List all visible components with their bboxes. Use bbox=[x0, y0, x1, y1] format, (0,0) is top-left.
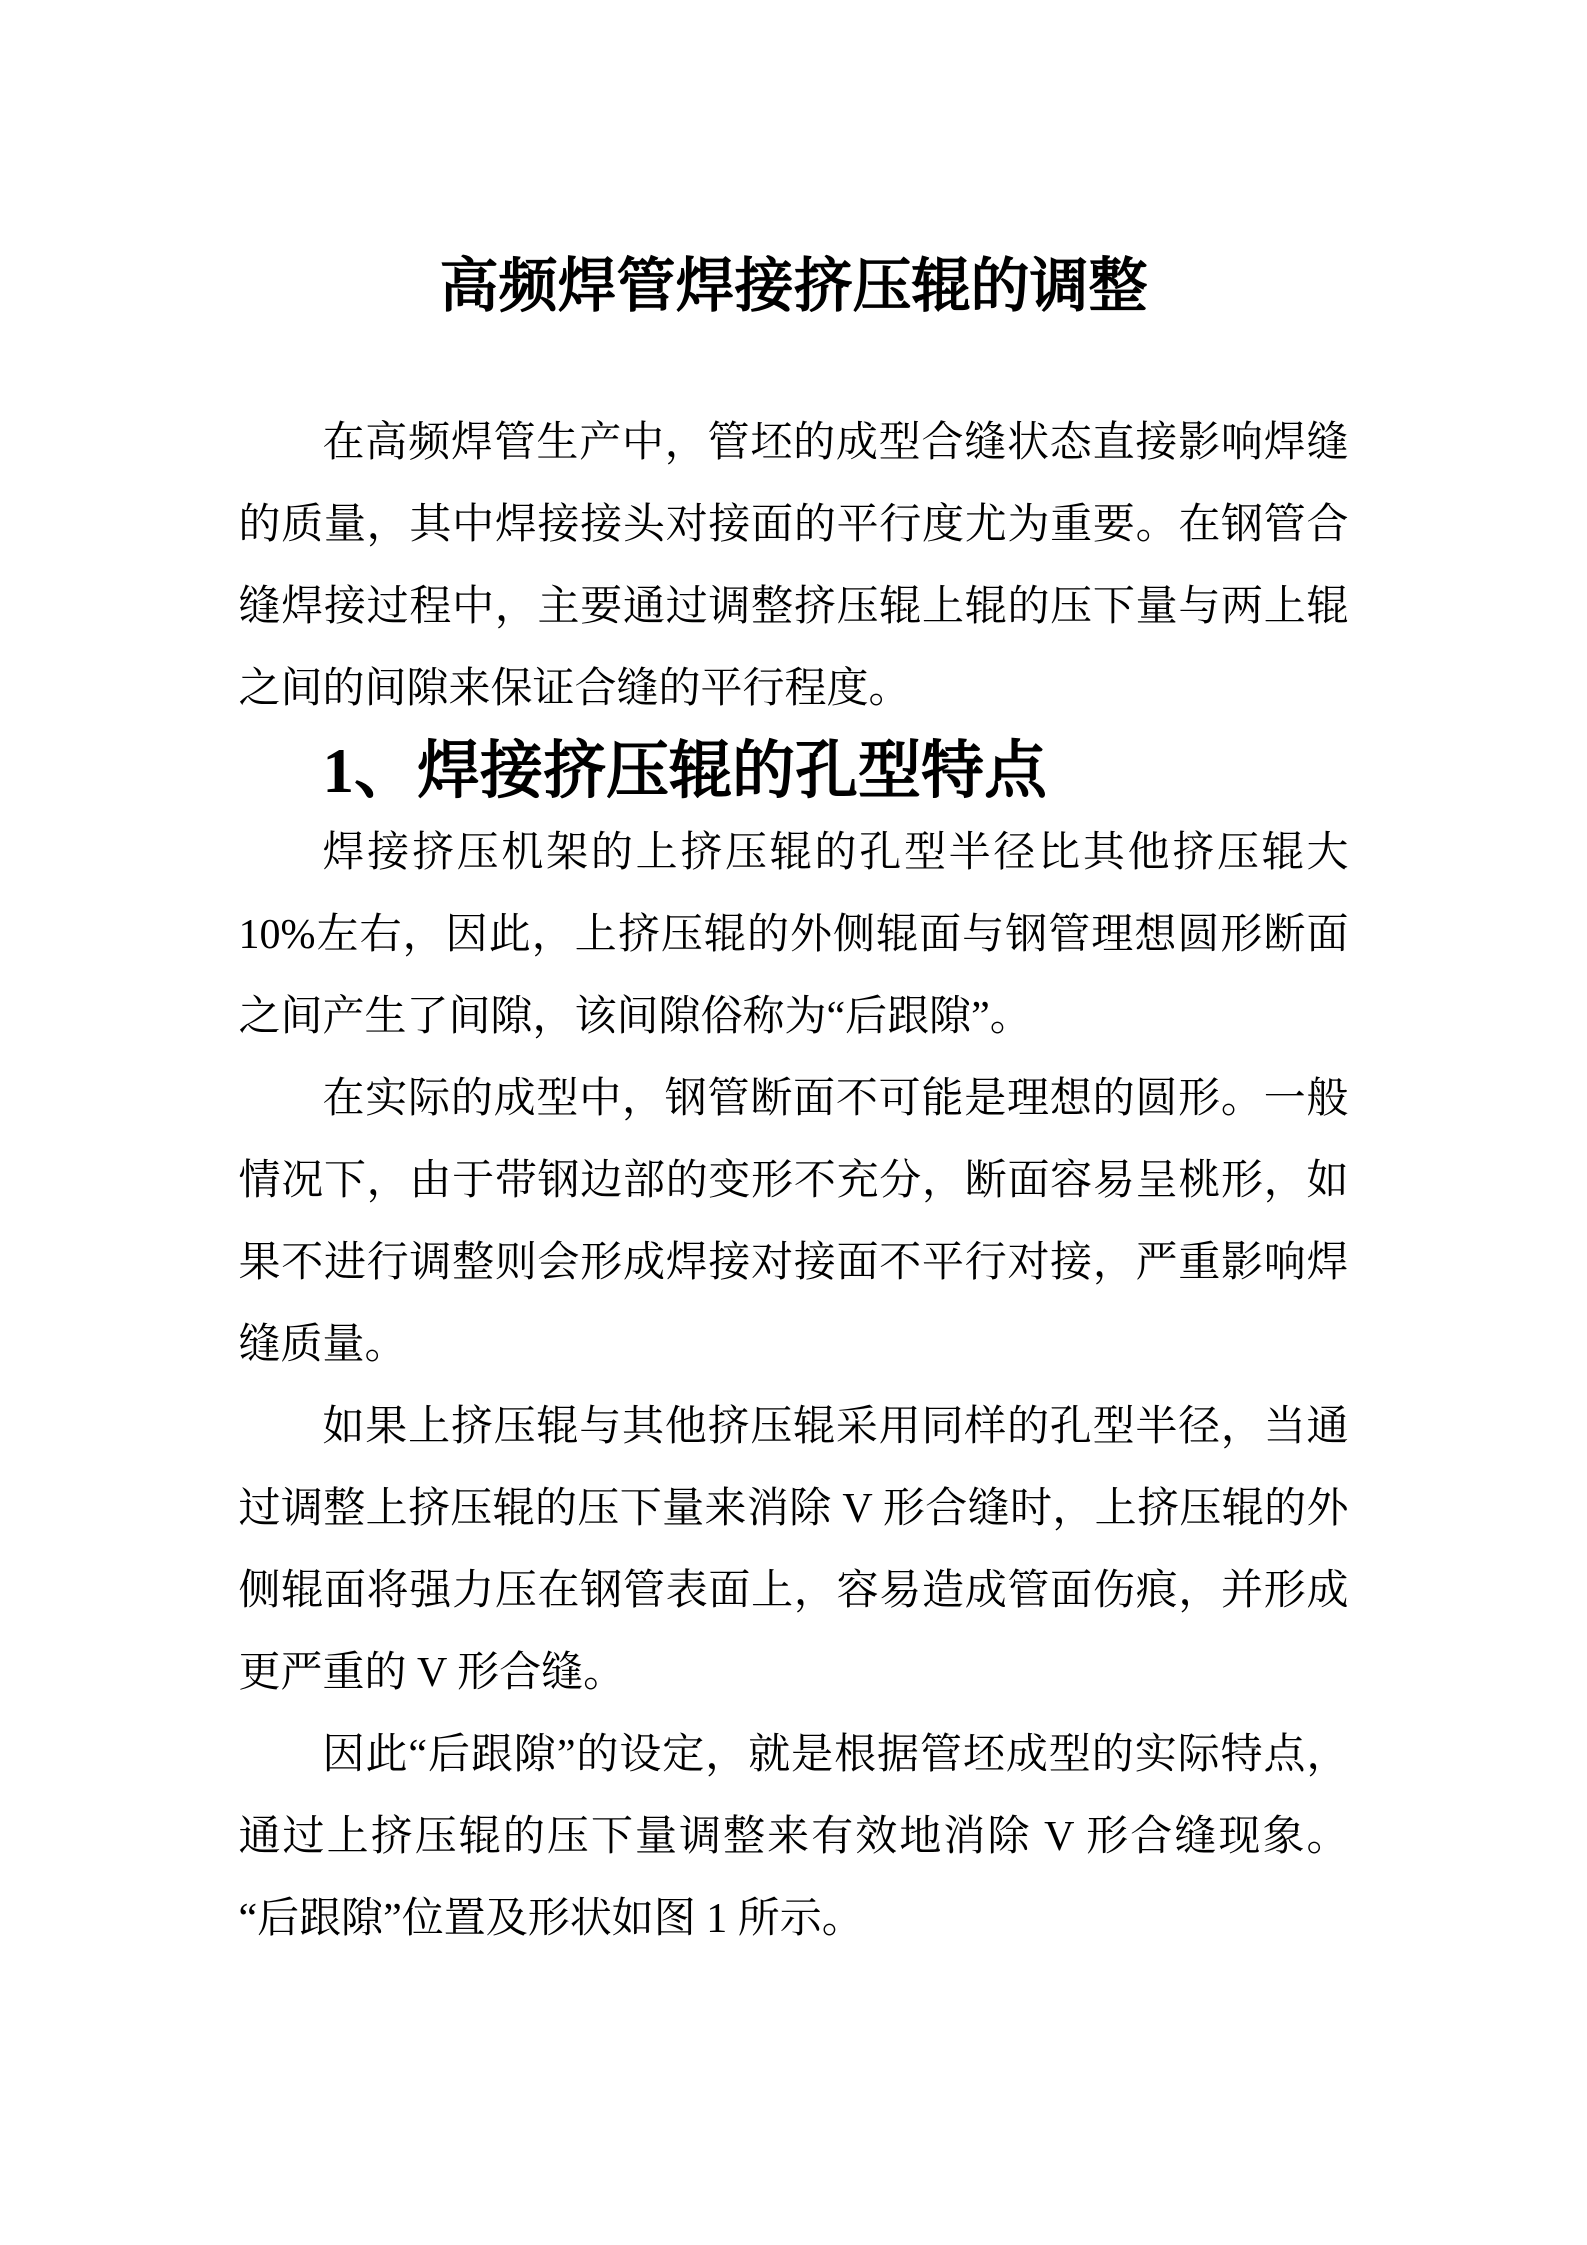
text-line: 之间的间隙来保证合缝的平行程度。 bbox=[239, 648, 1349, 730]
paragraph-4: 如果上挤压辊与其他挤压辊采用同样的孔型半径，当通 过调整上挤压辊的压下量来消除 … bbox=[239, 1386, 1349, 1714]
paragraph-3: 在实际的成型中，钢管断面不可能是理想的圆形。一般 情况下，由于带钢边部的变形不充… bbox=[239, 1058, 1349, 1386]
text-line: 缝质量。 bbox=[239, 1304, 1349, 1386]
paragraph-2: 焊接挤压机架的上挤压辊的孔型半径比其他挤压辊大 10%左右，因此，上挤压辊的外侧… bbox=[239, 812, 1349, 1058]
text-line: 侧辊面将强力压在钢管表面上，容易造成管面伤痕，并形成 bbox=[239, 1550, 1349, 1632]
document-content: 高频焊管焊接挤压辊的调整 在高频焊管生产中，管坯的成型合缝状态直接影响焊缝 的质… bbox=[239, 0, 1349, 1960]
text-line: 的质量，其中焊接接头对接面的平行度尤为重要。在钢管合 bbox=[239, 484, 1349, 566]
paragraph-1: 在高频焊管生产中，管坯的成型合缝状态直接影响焊缝 的质量，其中焊接接头对接面的平… bbox=[239, 402, 1349, 730]
text-line: 如果上挤压辊与其他挤压辊采用同样的孔型半径，当通 bbox=[239, 1386, 1349, 1468]
text-line: 之间产生了间隙，该间隙俗称为“后跟隙”。 bbox=[239, 976, 1349, 1058]
document-page: 高频焊管焊接挤压辊的调整 在高频焊管生产中，管坯的成型合缝状态直接影响焊缝 的质… bbox=[0, 0, 1587, 2245]
text-line: 在高频焊管生产中，管坯的成型合缝状态直接影响焊缝 bbox=[239, 402, 1349, 484]
text-line: 过调整上挤压辊的压下量来消除 V 形合缝时，上挤压辊的外 bbox=[239, 1468, 1349, 1550]
text-line: 缝焊接过程中，主要通过调整挤压辊上辊的压下量与两上辊 bbox=[239, 566, 1349, 648]
text-line: 情况下，由于带钢边部的变形不充分，断面容易呈桃形，如 bbox=[239, 1140, 1349, 1222]
text-line: 10%左右，因此，上挤压辊的外侧辊面与钢管理想圆形断面 bbox=[239, 894, 1349, 976]
text-line: “后跟隙”位置及形状如图 1 所示。 bbox=[239, 1878, 1349, 1960]
text-line: 在实际的成型中，钢管断面不可能是理想的圆形。一般 bbox=[239, 1058, 1349, 1140]
document-title: 高频焊管焊接挤压辊的调整 bbox=[239, 0, 1349, 322]
text-line: 更严重的 V 形合缝。 bbox=[239, 1632, 1349, 1714]
text-line: 焊接挤压机架的上挤压辊的孔型半径比其他挤压辊大 bbox=[239, 812, 1349, 894]
text-line: 果不进行调整则会形成焊接对接面不平行对接，严重影响焊 bbox=[239, 1222, 1349, 1304]
section-heading-1: 1、焊接挤压辊的孔型特点 bbox=[239, 730, 1349, 812]
text-line: 因此“后跟隙”的设定，就是根据管坯成型的实际特点， bbox=[239, 1714, 1349, 1796]
text-line: 通过上挤压辊的压下量调整来有效地消除 V 形合缝现象。 bbox=[239, 1796, 1349, 1878]
document-body: 在高频焊管生产中，管坯的成型合缝状态直接影响焊缝 的质量，其中焊接接头对接面的平… bbox=[239, 402, 1349, 1960]
paragraph-5: 因此“后跟隙”的设定，就是根据管坯成型的实际特点， 通过上挤压辊的压下量调整来有… bbox=[239, 1714, 1349, 1960]
